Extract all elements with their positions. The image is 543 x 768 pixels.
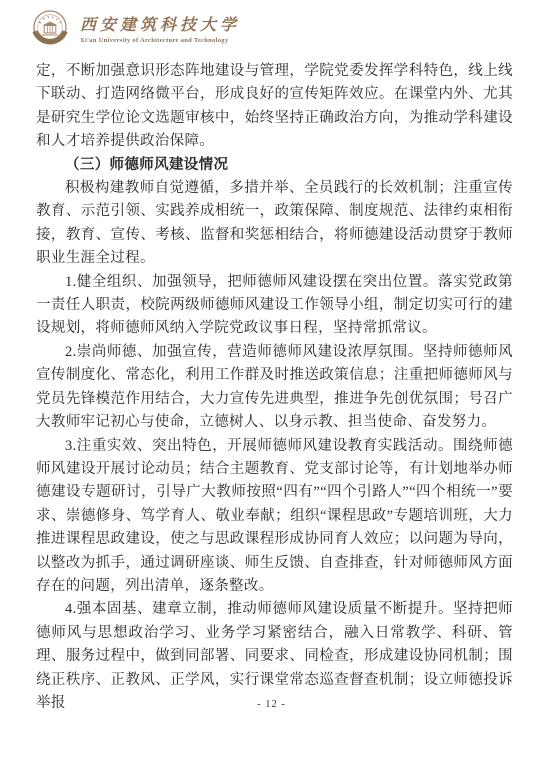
paragraph-item-1: 1.健全组织、加强领导，把师德师风建设摆在突出位置。落实党政第一责任人职责，校院…: [36, 271, 513, 341]
university-name-zh: 西安建筑科技大学: [80, 16, 240, 36]
paragraph-item-3: 3.注重实效、突出特色，开展师德师风建设教育实践活动。围绕师德师风建设开展讨论动…: [36, 435, 513, 599]
section-heading: （三）师德师风建设情况: [36, 154, 513, 177]
paragraph-item-4: 4.强本固基、建章立制，推动师德师风建设质量不断提升。坚持把师德师风与思想政治学…: [36, 598, 513, 715]
document-body: 定，不断加强意识形态阵地建设与管理，学院党委发挥学科特色，线上线下联动、打造网络…: [36, 60, 513, 715]
paragraph-continued: 定，不断加强意识形态阵地建设与管理，学院党委发挥学科特色，线上线下联动、打造网络…: [36, 60, 513, 154]
logo-text-block: 西安建筑科技大学 Xi'an University of Architectur…: [80, 8, 240, 45]
header-logo: 西安建筑科技大学 Xi'an University of Architectur…: [29, 8, 240, 55]
seal-building: [42, 22, 58, 36]
university-seal-icon: [29, 8, 71, 55]
document-page: 西安建筑科技大学 Xi'an University of Architectur…: [0, 0, 543, 768]
paragraph-intro: 积极构建教师自觉遵循，多措并举、全员践行的长效机制；注重宣传教育、示范引领、实践…: [36, 177, 513, 271]
page-number: - 12 -: [0, 699, 543, 710]
university-name-en: Xi'an University of Architecture and Tec…: [80, 36, 240, 45]
paragraph-item-2: 2.崇尚师德、加强宣传，营造师德师风建设浓厚氛围。坚持师德师风宣传制度化、常态化…: [36, 341, 513, 435]
